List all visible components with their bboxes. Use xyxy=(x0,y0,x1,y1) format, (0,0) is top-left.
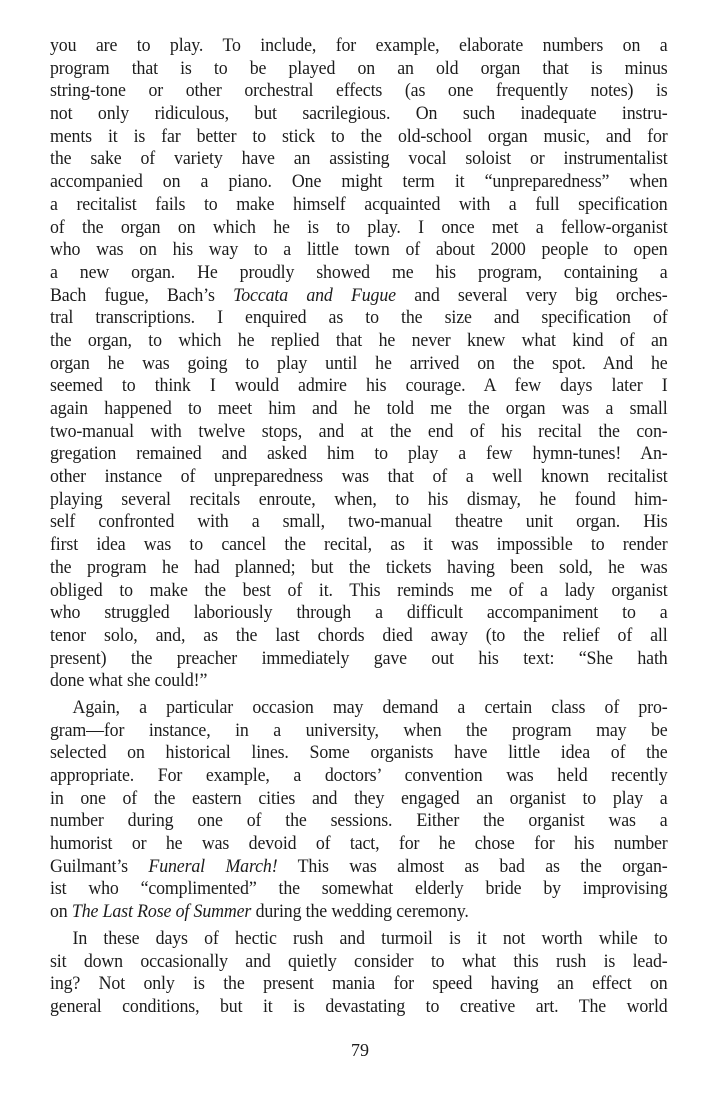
text-line: two-manual with twelve stops, and at the… xyxy=(50,421,668,444)
text-line: Again, a particular occasion may demand … xyxy=(50,697,668,720)
text-line: done what she could!” xyxy=(50,670,668,693)
text-line: ing? Not only is the present mania for s… xyxy=(50,973,668,996)
text-run: during the wedding ceremony. xyxy=(251,901,468,922)
text-line: tenor solo, and, as the last chords died… xyxy=(50,625,668,648)
text-line: the program he had planned; but the tick… xyxy=(50,557,668,580)
page-number: 79 xyxy=(0,1040,720,1061)
text-line: a new organ. He proudly showed me his pr… xyxy=(50,262,668,285)
text-line: a recitalist fails to make himself acqua… xyxy=(50,194,668,217)
text-run: on xyxy=(50,901,72,922)
paragraph: Again, a particular occasion may demand … xyxy=(50,697,668,924)
text-line: the organ, to which he replied that he n… xyxy=(50,330,668,353)
text-line: the sake of variety have an assisting vo… xyxy=(50,148,668,171)
paragraph: In these days of hectic rush and turmoil… xyxy=(50,928,668,1019)
text-run: Guilmant’s xyxy=(50,856,148,877)
text-line: in one of the eastern cities and they en… xyxy=(50,788,668,811)
text-run: This was almost as bad as the organ- xyxy=(278,856,668,877)
text-line: ist who “complimented” the somewhat elde… xyxy=(50,878,668,901)
text-line: tral transcriptions. I enquired as to th… xyxy=(50,307,668,330)
text-run: Bach fugue, Bach’s xyxy=(50,285,233,306)
text-line: accompanied on a piano. One might term i… xyxy=(50,171,668,194)
text-line: Guilmant’s Funeral March! This was almos… xyxy=(50,856,668,879)
text-line: gram—for instance, in a university, when… xyxy=(50,720,668,743)
text-line: obliged to make the best of it. This rem… xyxy=(50,580,668,603)
italic-title: Funeral March! xyxy=(148,856,277,877)
text-line: In these days of hectic rush and turmoil… xyxy=(50,928,668,951)
text-line: who struggled laboriously through a diff… xyxy=(50,602,668,625)
italic-title: The Last Rose of Summer xyxy=(72,901,251,922)
text-line: selected on historical lines. Some organ… xyxy=(50,742,668,765)
text-line: on The Last Rose of Summer during the we… xyxy=(50,901,668,924)
text-line: general conditions, but it is devastatin… xyxy=(50,996,668,1019)
text-line: who was on his way to a little town of a… xyxy=(50,239,668,262)
text-line: gregation remained and asked him to play… xyxy=(50,443,668,466)
text-line: playing several recitals enroute, when, … xyxy=(50,489,668,512)
page-body: you are to play. To include, for example… xyxy=(50,35,668,1019)
italic-title: Toccata and Fugue xyxy=(233,285,396,306)
text-line: ments it is far better to stick to the o… xyxy=(50,126,668,149)
text-run: and several very big orches- xyxy=(396,285,668,306)
text-line: other instance of unpreparedness was tha… xyxy=(50,466,668,489)
text-line: organ he was going to play until he arri… xyxy=(50,353,668,376)
text-line: number during one of the sessions. Eithe… xyxy=(50,810,668,833)
text-line: self confronted with a small, two-manual… xyxy=(50,511,668,534)
text-line: not only ridiculous, but sacrilegious. O… xyxy=(50,103,668,126)
text-line: of the organ on which he is to play. I o… xyxy=(50,217,668,240)
text-line: first idea was to cancel the recital, as… xyxy=(50,534,668,557)
text-line: program that is to be played on an old o… xyxy=(50,58,668,81)
text-line: string-tone or other orchestral effects … xyxy=(50,80,668,103)
text-line: you are to play. To include, for example… xyxy=(50,35,668,58)
text-line: appropriate. For example, a doctors’ con… xyxy=(50,765,668,788)
text-line: present) the preacher immediately gave o… xyxy=(50,648,668,671)
text-line: Bach fugue, Bach’s Toccata and Fugue and… xyxy=(50,285,668,308)
text-line: seemed to think I would admire his coura… xyxy=(50,375,668,398)
paragraph: you are to play. To include, for example… xyxy=(50,35,668,693)
text-line: again happened to meet him and he told m… xyxy=(50,398,668,421)
text-line: sit down occasionally and quietly consid… xyxy=(50,951,668,974)
text-line: humorist or he was devoid of tact, for h… xyxy=(50,833,668,856)
